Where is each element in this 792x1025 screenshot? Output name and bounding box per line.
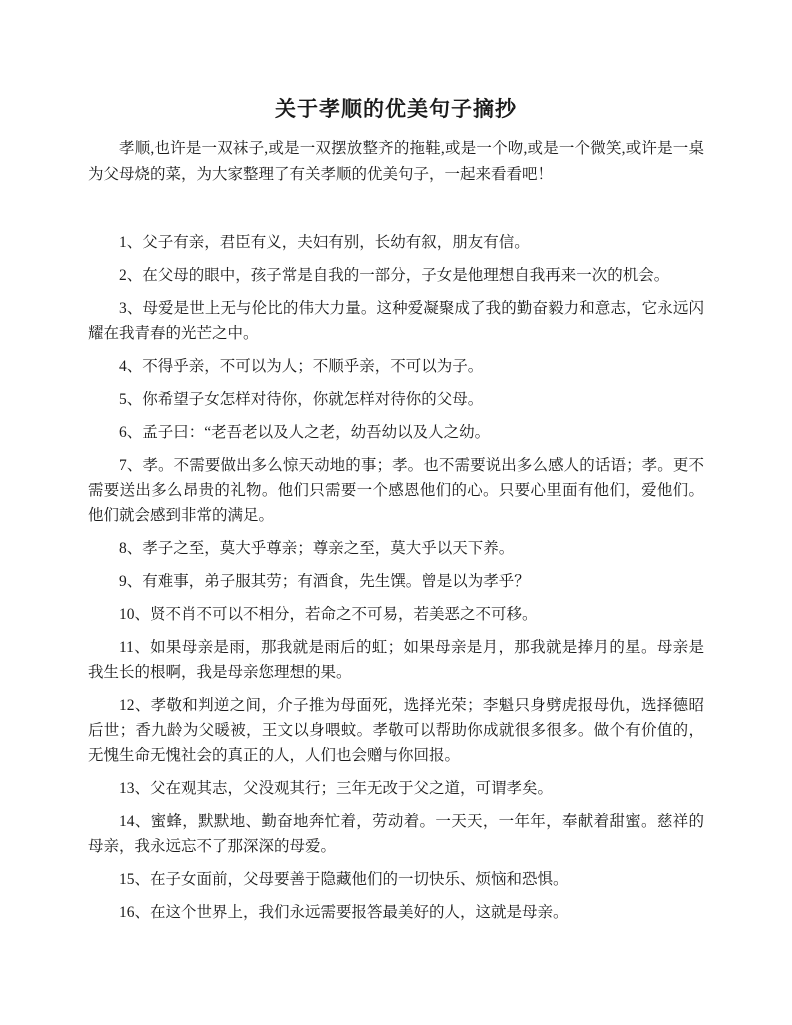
document-page: 关于孝顺的优美句子摘抄 孝顺,也许是一双袜子,或是一双摆放整齐的拖鞋,或是一个吻… [0,0,792,1025]
quote-item-9: 9、有难事，弟子服其劳；有酒食，先生馔。曾是以为孝乎？ [88,569,704,594]
quote-item-3: 3、母爱是世上无与伦比的伟大力量。这种爱凝聚成了我的勤奋毅力和意志，它永远闪耀在… [88,296,704,346]
page-title: 关于孝顺的优美句子摘抄 [88,96,704,122]
quote-item-5: 5、你希望子女怎样对待你，你就怎样对待你的父母。 [88,387,704,412]
quote-item-13: 13、父在观其志，父没观其行；三年无改于父之道，可谓孝矣。 [88,776,704,801]
quote-item-2: 2、在父母的眼中，孩子常是自我的一部分，子女是他理想自我再来一次的机会。 [88,263,704,288]
quote-item-1: 1、父子有亲，君臣有义，夫妇有别，长幼有叙，朋友有信。 [88,230,704,255]
quote-item-16: 16、在这个世界上，我们永远需要报答最美好的人，这就是母亲。 [88,900,704,925]
quote-item-4: 4、不得乎亲，不可以为人；不顺乎亲，不可以为子。 [88,354,704,379]
quote-item-12: 12、孝敬和判逆之间，介子推为母面死，选择光荣；李魁只身劈虎报母仇，选择德昭后世… [88,693,704,768]
quote-item-10: 10、贤不肖不可以不相分，若命之不可易，若美恶之不可移。 [88,602,704,627]
quote-item-14: 14、蜜蜂，默默地、勤奋地奔忙着，劳动着。一天天，一年年，奉献着甜蜜。慈祥的母亲… [88,809,704,859]
quote-item-15: 15、在子女面前，父母要善于隐藏他们的一切快乐、烦恼和恐惧。 [88,867,704,892]
quote-item-8: 8、孝子之至，莫大乎尊亲；尊亲之至，莫大乎以天下养。 [88,536,704,561]
quote-item-6: 6、孟子曰：“老吾老以及人之老，幼吾幼以及人之幼。 [88,420,704,445]
intro-paragraph: 孝顺,也许是一双袜子,或是一双摆放整齐的拖鞋,或是一个吻,或是一个微笑,或许是一… [88,136,704,188]
quote-item-7: 7、孝。不需要做出多么惊天动地的事；孝。也不需要说出多么感人的话语；孝。更不需要… [88,453,704,528]
quote-item-11: 11、如果母亲是雨，那我就是雨后的虹；如果母亲是月，那我就是捧月的星。母亲是我生… [88,635,704,685]
